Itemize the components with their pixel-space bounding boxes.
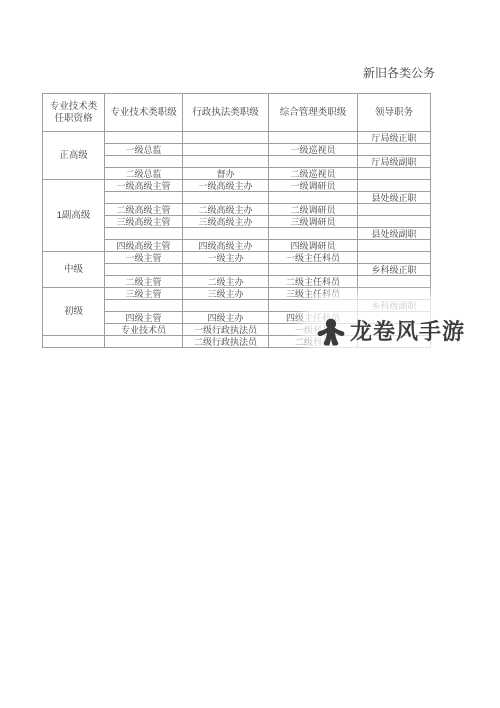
tech-rank-cell: 三级主管 [105,288,183,300]
leader-duty-cell [358,144,431,156]
tech-rank-cell: 三级高级主管 [105,216,183,228]
law-rank-cell: 二级高级主办 [183,204,269,216]
tech-rank-cell: 四级高级主管 [105,240,183,252]
mgmt-rank-cell [269,264,358,276]
watermark: 龙卷风手游 [316,314,465,350]
header-leader-duty: 领导职务 [358,94,431,132]
law-rank-cell: 三级主办 [183,288,269,300]
mgmt-rank-cell [269,156,358,168]
leader-duty-cell [358,168,431,180]
tech-rank-cell [105,192,183,204]
tech-rank-cell: 二级主管 [105,276,183,288]
law-rank-cell [183,156,269,168]
meeple-icon [316,317,346,347]
table-row: 中级一级主管一级主办一级主任科员 [43,252,431,264]
header-qualification: 专业技术类 任职资格 [43,94,105,132]
mgmt-rank-cell: 二级主任科员 [269,276,358,288]
leader-duty-cell [358,216,431,228]
mgmt-rank-cell: 二级调研员 [269,204,358,216]
tech-rank-cell: 二级高级主管 [105,204,183,216]
header-qualification-line2: 任职资格 [43,113,104,125]
table-row: 正高级厅局级正职 [43,132,431,144]
leader-duty-cell [358,252,431,264]
leader-duty-cell: 厅局级副职 [358,156,431,168]
tech-rank-cell: 一级总监 [105,144,183,156]
tech-rank-cell: 专业技术员 [105,324,183,336]
law-rank-cell: 一级主办 [183,252,269,264]
law-rank-cell: 一级行政执法员 [183,324,269,336]
law-rank-cell: 督办 [183,168,269,180]
qualification-cell: 中级 [43,252,105,288]
tech-rank-cell: 一级高级主管 [105,180,183,192]
law-rank-cell: 四级高级主办 [183,240,269,252]
law-rank-cell [183,132,269,144]
mgmt-rank-cell: 三级调研员 [269,216,358,228]
watermark-text: 龙卷风手游 [350,317,465,347]
leader-duty-cell: 县处级副职 [358,228,431,240]
page: 新旧各类公务 专业技术类 任职资格 专业技术类职级 行政执法类职级 综合管理类职… [0,0,500,708]
qualification-cell: 正高级 [43,132,105,180]
law-rank-cell [183,264,269,276]
tech-rank-cell [105,228,183,240]
law-rank-cell: 四级主办 [183,312,269,324]
mgmt-rank-cell: 三级主任科员 [269,288,358,300]
header-row: 专业技术类 任职资格 专业技术类职级 行政执法类职级 综合管理类职级 领导职务 [43,94,431,132]
leader-duty-cell: 乡科级正职 [358,264,431,276]
header-law-rank: 行政执法类职级 [183,94,269,132]
tech-rank-cell [105,264,183,276]
tech-rank-cell [105,156,183,168]
header-qualification-line1: 专业技术类 [43,101,104,113]
qualification-cell: 初级 [43,288,105,336]
law-rank-cell: 三级高级主办 [183,216,269,228]
leader-duty-cell: 县处级正职 [358,192,431,204]
mgmt-rank-cell: 四级调研员 [269,240,358,252]
table-row: 初级三级主管三级主办三级主任科员 [43,288,431,300]
tech-rank-cell [105,336,183,348]
law-rank-cell: 二级行政执法员 [183,336,269,348]
law-rank-cell [183,228,269,240]
mgmt-rank-cell: 一级巡视员 [269,144,358,156]
leader-duty-cell: 厅局级正职 [358,132,431,144]
mgmt-rank-cell: 一级调研员 [269,180,358,192]
qualification-cell: 1副高级 [43,180,105,252]
leader-duty-cell [358,276,431,288]
header-tech-rank: 专业技术类职级 [105,94,183,132]
doc-title: 新旧各类公务 [363,66,443,80]
qualification-cell [43,336,105,348]
leader-duty-cell [358,180,431,192]
tech-rank-cell: 四级主管 [105,312,183,324]
mgmt-rank-cell [269,228,358,240]
mgmt-rank-cell [269,192,358,204]
leader-duty-cell [358,288,431,300]
law-rank-cell [183,192,269,204]
law-rank-cell [183,300,269,312]
mgmt-rank-cell: 一级主任科员 [269,252,358,264]
table-row: 1副高级一级高级主管一级高级主办一级调研员 [43,180,431,192]
law-rank-cell: 一级高级主办 [183,180,269,192]
mgmt-rank-cell [269,132,358,144]
law-rank-cell [183,144,269,156]
tech-rank-cell: 一级主管 [105,252,183,264]
leader-duty-cell [358,240,431,252]
tech-rank-cell: 二级总监 [105,168,183,180]
leader-duty-cell [358,204,431,216]
header-mgmt-rank: 综合管理类职级 [269,94,358,132]
mgmt-rank-cell: 二级巡视员 [269,168,358,180]
law-rank-cell: 二级主办 [183,276,269,288]
tech-rank-cell [105,132,183,144]
tech-rank-cell [105,300,183,312]
